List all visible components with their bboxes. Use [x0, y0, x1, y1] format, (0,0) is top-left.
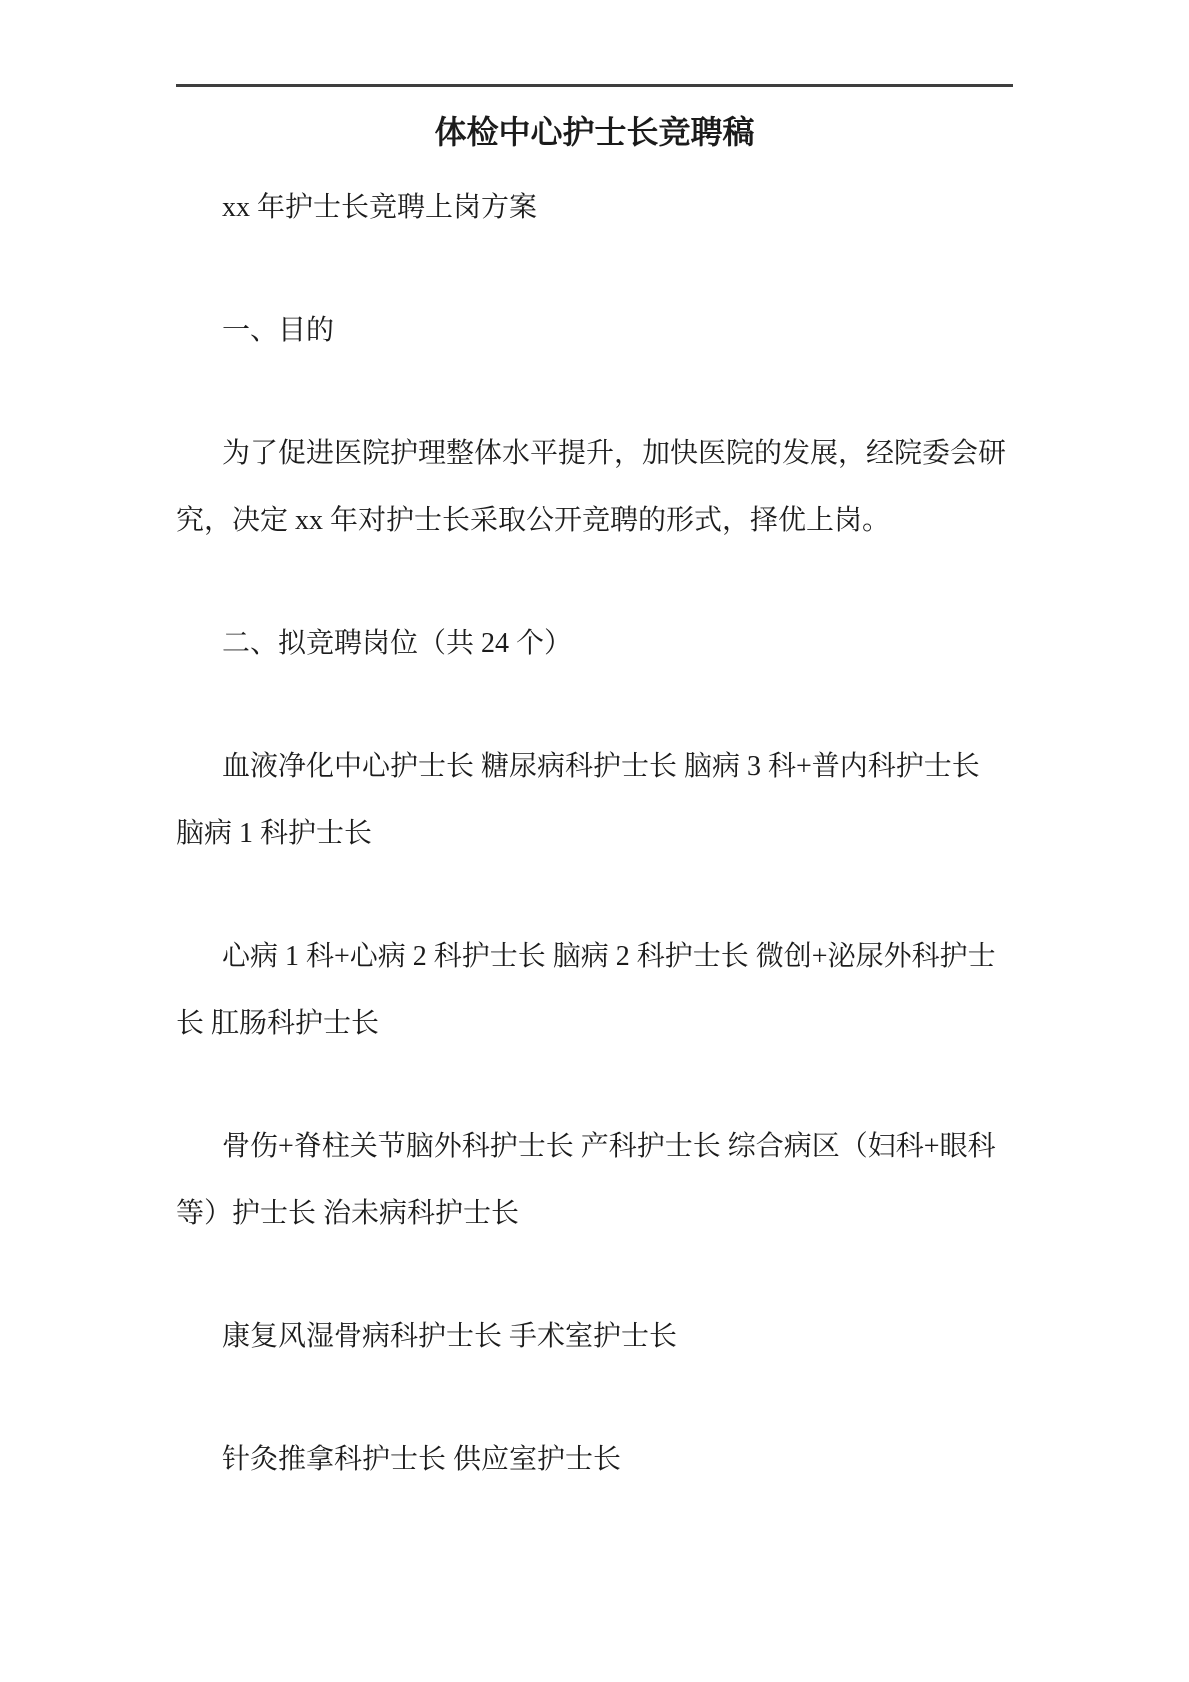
- paragraph-line: 长 肛肠科护士长: [176, 990, 1014, 1057]
- paragraph-line: 等）护士长 治未病科护士长: [176, 1180, 1014, 1247]
- document-page: 体检中心护士长竞聘稿 xx 年护士长竞聘上岗方案 一、目的 为了促进医院护理整体…: [0, 0, 1189, 1682]
- paragraph-line: 心病 1 科+心病 2 科护士长 脑病 2 科护士长 微创+泌尿外科护士: [176, 923, 1014, 990]
- paragraph-line: 一、目的: [176, 297, 1014, 364]
- document-body: xx 年护士长竞聘上岗方案 一、目的 为了促进医院护理整体水平提升，加快医院的发…: [176, 174, 1014, 1549]
- paragraph: 心病 1 科+心病 2 科护士长 脑病 2 科护士长 微创+泌尿外科护士 长 肛…: [176, 923, 1014, 1057]
- paragraph-line: 血液净化中心护士长 糖尿病科护士长 脑病 3 科+普内科护士长: [176, 733, 1014, 800]
- paragraph: 二、拟竞聘岗位（共 24 个）: [176, 610, 1014, 677]
- paragraph-line: 针灸推拿科护士长 供应室护士长: [176, 1426, 1014, 1493]
- document-title: 体检中心护士长竞聘稿: [176, 108, 1013, 156]
- paragraph-line: 康复风湿骨病科护士长 手术室护士长: [176, 1303, 1014, 1370]
- paragraph: 针灸推拿科护士长 供应室护士长: [176, 1426, 1014, 1493]
- paragraph-line: 二、拟竞聘岗位（共 24 个）: [176, 610, 1014, 677]
- header-horizontal-rule: [176, 84, 1013, 87]
- paragraph-line: 为了促进医院护理整体水平提升，加快医院的发展，经院委会研: [176, 420, 1014, 487]
- paragraph-line: 究，决定 xx 年对护士长采取公开竞聘的形式，择优上岗。: [176, 487, 1014, 554]
- paragraph: xx 年护士长竞聘上岗方案: [176, 174, 1014, 241]
- paragraph-line: 骨伤+脊柱关节脑外科护士长 产科护士长 综合病区（妇科+眼科: [176, 1113, 1014, 1180]
- paragraph: 骨伤+脊柱关节脑外科护士长 产科护士长 综合病区（妇科+眼科 等）护士长 治未病…: [176, 1113, 1014, 1247]
- paragraph: 一、目的: [176, 297, 1014, 364]
- paragraph: 为了促进医院护理整体水平提升，加快医院的发展，经院委会研 究，决定 xx 年对护…: [176, 420, 1014, 554]
- paragraph-line: xx 年护士长竞聘上岗方案: [176, 174, 1014, 241]
- paragraph: 康复风湿骨病科护士长 手术室护士长: [176, 1303, 1014, 1370]
- paragraph-line: 脑病 1 科护士长: [176, 800, 1014, 867]
- paragraph: 血液净化中心护士长 糖尿病科护士长 脑病 3 科+普内科护士长 脑病 1 科护士…: [176, 733, 1014, 867]
